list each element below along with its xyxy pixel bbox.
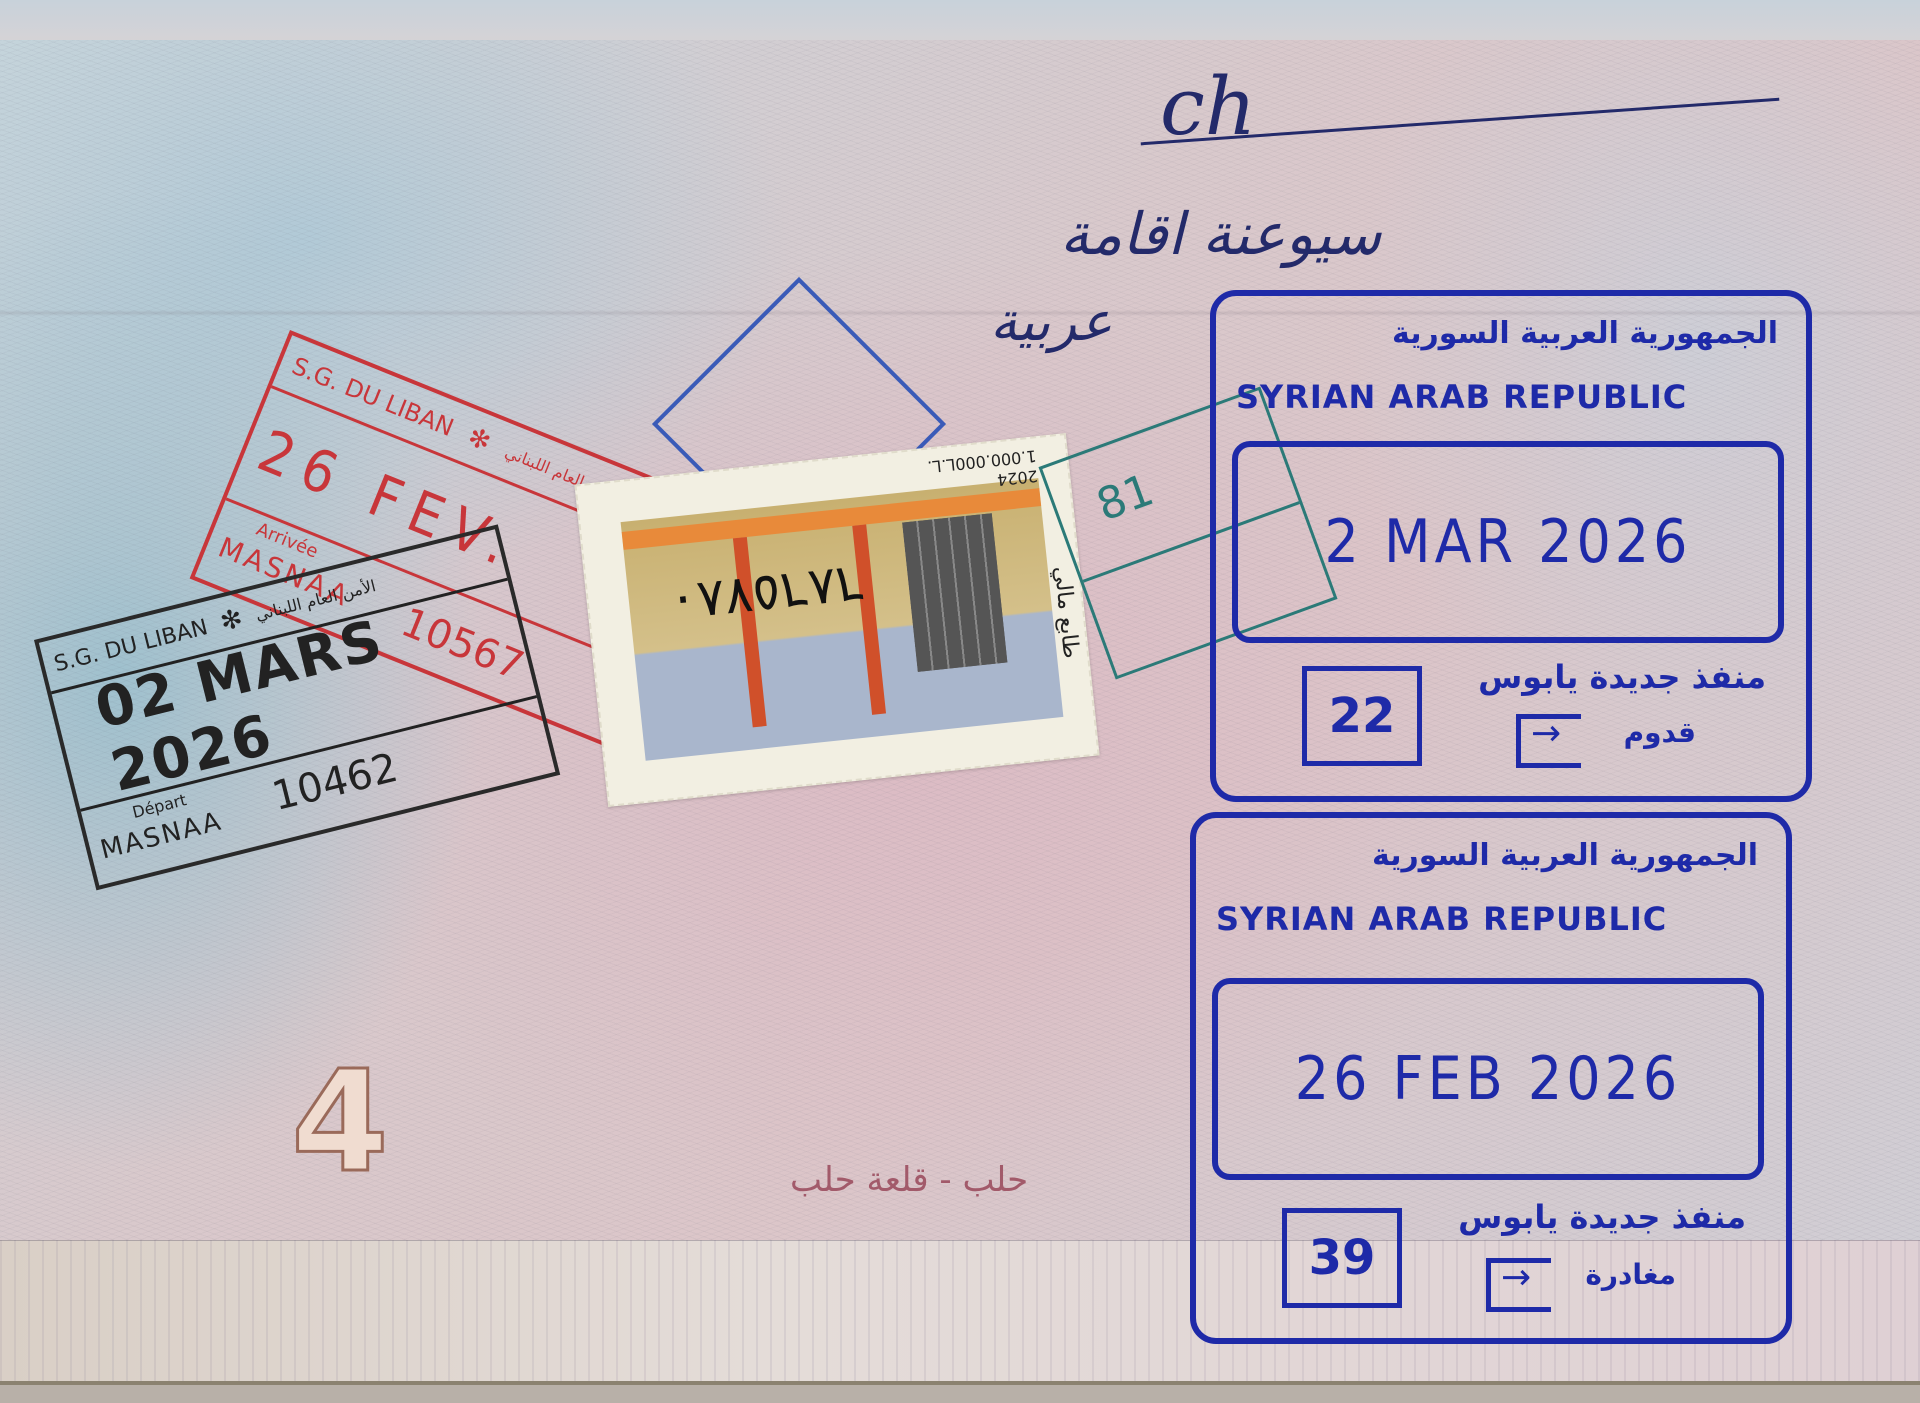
entry-arrow-icon — [1516, 714, 1581, 768]
syria-departure-stamp: الجمهورية العربية السورية SYRIAN ARAB RE… — [1190, 812, 1792, 1344]
direction-ar: مغادرة — [1585, 1258, 1676, 1291]
officer-number: 39 — [1282, 1208, 1402, 1308]
page-caption: حلب - قلعة حلب — [790, 1160, 1028, 1200]
teal-stamp-number: 81 — [1090, 464, 1160, 531]
handwritten-signature: ch — [1160, 60, 1256, 153]
country-name-ar: الجمهورية العربية السورية — [1392, 316, 1778, 351]
officer-number: 10462 — [268, 745, 403, 820]
page-number: 4 — [270, 1058, 410, 1188]
border-post-ar: منفذ جديدة يابوس — [1458, 1198, 1746, 1236]
stamp-date: 26 FEB 2026 — [1212, 978, 1764, 1180]
cedar-icon: ✻ — [218, 605, 245, 636]
officer-number: 22 — [1302, 666, 1422, 766]
border-post-ar: منفذ جديدة يابوس — [1478, 658, 1766, 696]
revenue-stamp: 1.000.000L.L. 2024 ٦٨٦٥٧٨٠ طابع مالي — [574, 433, 1099, 807]
stamp-date: 2 MAR 2026 — [1232, 441, 1784, 643]
handwritten-note-line-2: عربية — [990, 290, 1112, 353]
handwritten-note-line-1: سيوعنة اقامة — [1060, 200, 1381, 268]
cedar-icon: ✻ — [464, 424, 494, 456]
syria-arrival-stamp: الجمهورية العربية السورية SYRIAN ARAB RE… — [1210, 290, 1812, 802]
country-name-en: SYRIAN ARAB REPUBLIC — [1216, 900, 1667, 938]
country-name-en: SYRIAN ARAB REPUBLIC — [1236, 378, 1687, 416]
exit-arrow-icon — [1486, 1258, 1551, 1312]
country-name-ar: الجمهورية العربية السورية — [1372, 838, 1758, 873]
direction-ar: قدوم — [1624, 716, 1696, 749]
